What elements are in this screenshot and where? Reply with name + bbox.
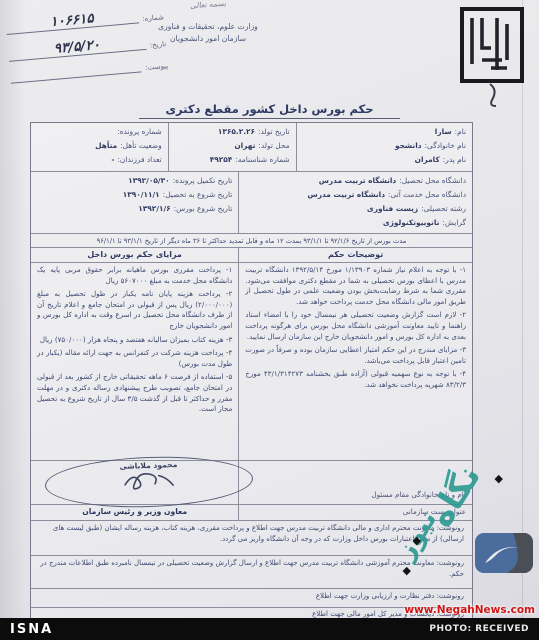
title-row: حکم بورس داخل کشور مقطع دکتری	[0, 98, 539, 119]
personal-name-cell: نام:سارا نام خانوادگی:دانشجو نام پدر:کام…	[296, 123, 472, 171]
personal-file-cell: شماره پرونده: وضعیت تأهل:متأهل تعداد فرز…	[31, 123, 168, 171]
news-agency-label: ISNA	[10, 622, 53, 637]
copy-row: رونوشت: دفتر نظارت و ارزیابی وزارت جهت ا…	[31, 588, 472, 607]
education-university-cell: دانشگاه محل تحصیل:دانشگاه تربیت مدرس دان…	[238, 172, 472, 233]
copy-text: رونوشت: دفتر نظارت و ارزیابی وزارت جهت ا…	[308, 589, 472, 607]
post-title-row: عنوان پست سازمانی معاون وزیر و رئیس سازم…	[31, 504, 472, 520]
note-item: ۳- مزایای مندرج در این حکم امتیاز اعطایی…	[245, 345, 466, 366]
notes-body: ۱- با توجه به اعلام نیاز شماره ۱/۱۳۹۰۳ م…	[238, 263, 472, 460]
student-affairs-organization-seal-icon	[457, 4, 529, 112]
document-title: حکم بورس داخل کشور مقطع دکتری	[139, 102, 399, 119]
note-item: ۲- لازم است گزارش وضعیت تحصیلی هر نیمسال…	[245, 310, 466, 342]
credit-bar: ISNA PHOTO: RECEIVED	[0, 618, 539, 640]
benefits-body: ۱- پرداخت مقرری بورس ماهیانه برابر حقوق …	[31, 263, 238, 460]
stamp-cell: محمود ملاباشی	[31, 461, 238, 504]
ministry-block: بسمه تعالی وزارت علوم، تحقیقات و فناوری …	[118, 0, 298, 45]
official-stamp: محمود ملاباشی	[44, 461, 238, 504]
handwritten-number: ۱۰۶۶۱۵	[50, 10, 95, 30]
benefit-item: ۳- هزینه کتاب بمیزان سالیانه هفتصد و پنج…	[37, 335, 232, 346]
copy-row: رونوشت: معاونت محترم اداری و مالی دانشگا…	[31, 520, 472, 555]
handwritten-note: بسمه تعالی	[118, 0, 298, 15]
signature-icon	[119, 469, 180, 493]
benefit-item: ۱- پرداخت مقرری بورس ماهیانه برابر حقوق …	[37, 265, 232, 286]
education-info-row: دانشگاه محل تحصیل:دانشگاه تربیت مدرس دان…	[31, 171, 472, 233]
ministry-line2: سازمان امور دانشجویان	[118, 33, 298, 45]
official-name-cell: نام و نام خانوادگی مقام مسئول	[238, 461, 472, 504]
duration-text: مدت بورس از تاریخ ۹۲/۱/۶ تا ۹۳/۱/۱ بمدت …	[31, 234, 472, 247]
copy-row: رونوشت: معاونت محترم آموزشی دانشگاه تربی…	[31, 555, 472, 588]
handwritten-date: ۹۳/۵/۲۰	[53, 37, 100, 57]
signature-row: نام و نام خانوادگی مقام مسئول محمود ملاب…	[31, 460, 472, 504]
section-body-row: ۱- با توجه به اعلام نیاز شماره ۱/۱۳۹۰۳ م…	[31, 262, 472, 460]
official-name-label: نام و نام خانوادگی مقام مسئول	[371, 490, 466, 502]
notes-header: توضیحات حکم	[238, 248, 472, 262]
benefits-header: مزایای حکم بورس داخل	[31, 248, 238, 262]
personal-info-row: نام:سارا نام خانوادگی:دانشجو نام پدر:کام…	[31, 123, 472, 171]
personal-birth-cell: تاریخ تولد:۱۳۶۵.۲.۲۶ محل تولد:تهران شمار…	[168, 123, 296, 171]
note-item: ۴- با توجه به نوع سهمیه قبولی (آزاده طبق…	[245, 369, 466, 390]
photo-credit-label: PHOTO: RECEIVED	[429, 624, 529, 634]
note-item: ۱- با توجه به اعلام نیاز شماره ۱/۱۳۹۰۳ م…	[245, 265, 466, 307]
post-title-label: عنوان پست سازمانی	[238, 505, 472, 520]
benefit-item: ۵- استفاده از فرصت ۶ ماهه تحقیقاتی خارج …	[37, 372, 232, 414]
letterhead: شماره: ۱۰۶۶۱۵ تاریخ: ۹۳/۵/۲۰ پیوست: بسمه…	[0, 0, 539, 97]
copy-text: رونوشت: معاونت محترم آموزشی دانشگاه تربی…	[31, 556, 472, 588]
section-header-row: توضیحات حکم مزایای حکم بورس داخل	[31, 247, 472, 262]
scanned-scholarship-decree: شماره: ۱۰۶۶۱۵ تاریخ: ۹۳/۵/۲۰ پیوست: بسمه…	[0, 0, 539, 640]
benefit-item: ۲- پرداخت هزینه پایان نامه یکبار در طول …	[37, 289, 232, 331]
education-dates-cell: تاریخ تکمیل پرونده:۱۳۹۲/۰۵/۳۰ تاریخ شروع…	[31, 172, 238, 233]
scholarship-duration-row: مدت بورس از تاریخ ۹۲/۱/۶ تا ۹۳/۱/۱ بمدت …	[31, 233, 472, 247]
attachment-label: پیوست:	[145, 62, 168, 72]
watermark-dot-icon: ◆	[495, 472, 503, 485]
copy-text: رونوشت: معاونت محترم اداری و مالی دانشگا…	[31, 521, 472, 555]
decree-table: نام:سارا نام خانوادگی:دانشجو نام پدر:کام…	[30, 122, 473, 640]
benefit-item: ۴- پرداخت هزینه شرکت در کنفرانس به جهت ا…	[37, 348, 232, 369]
ministry-line1: وزارت علوم، تحقیقات و فناوری	[118, 21, 298, 33]
negahnews-logo-icon	[473, 530, 537, 580]
